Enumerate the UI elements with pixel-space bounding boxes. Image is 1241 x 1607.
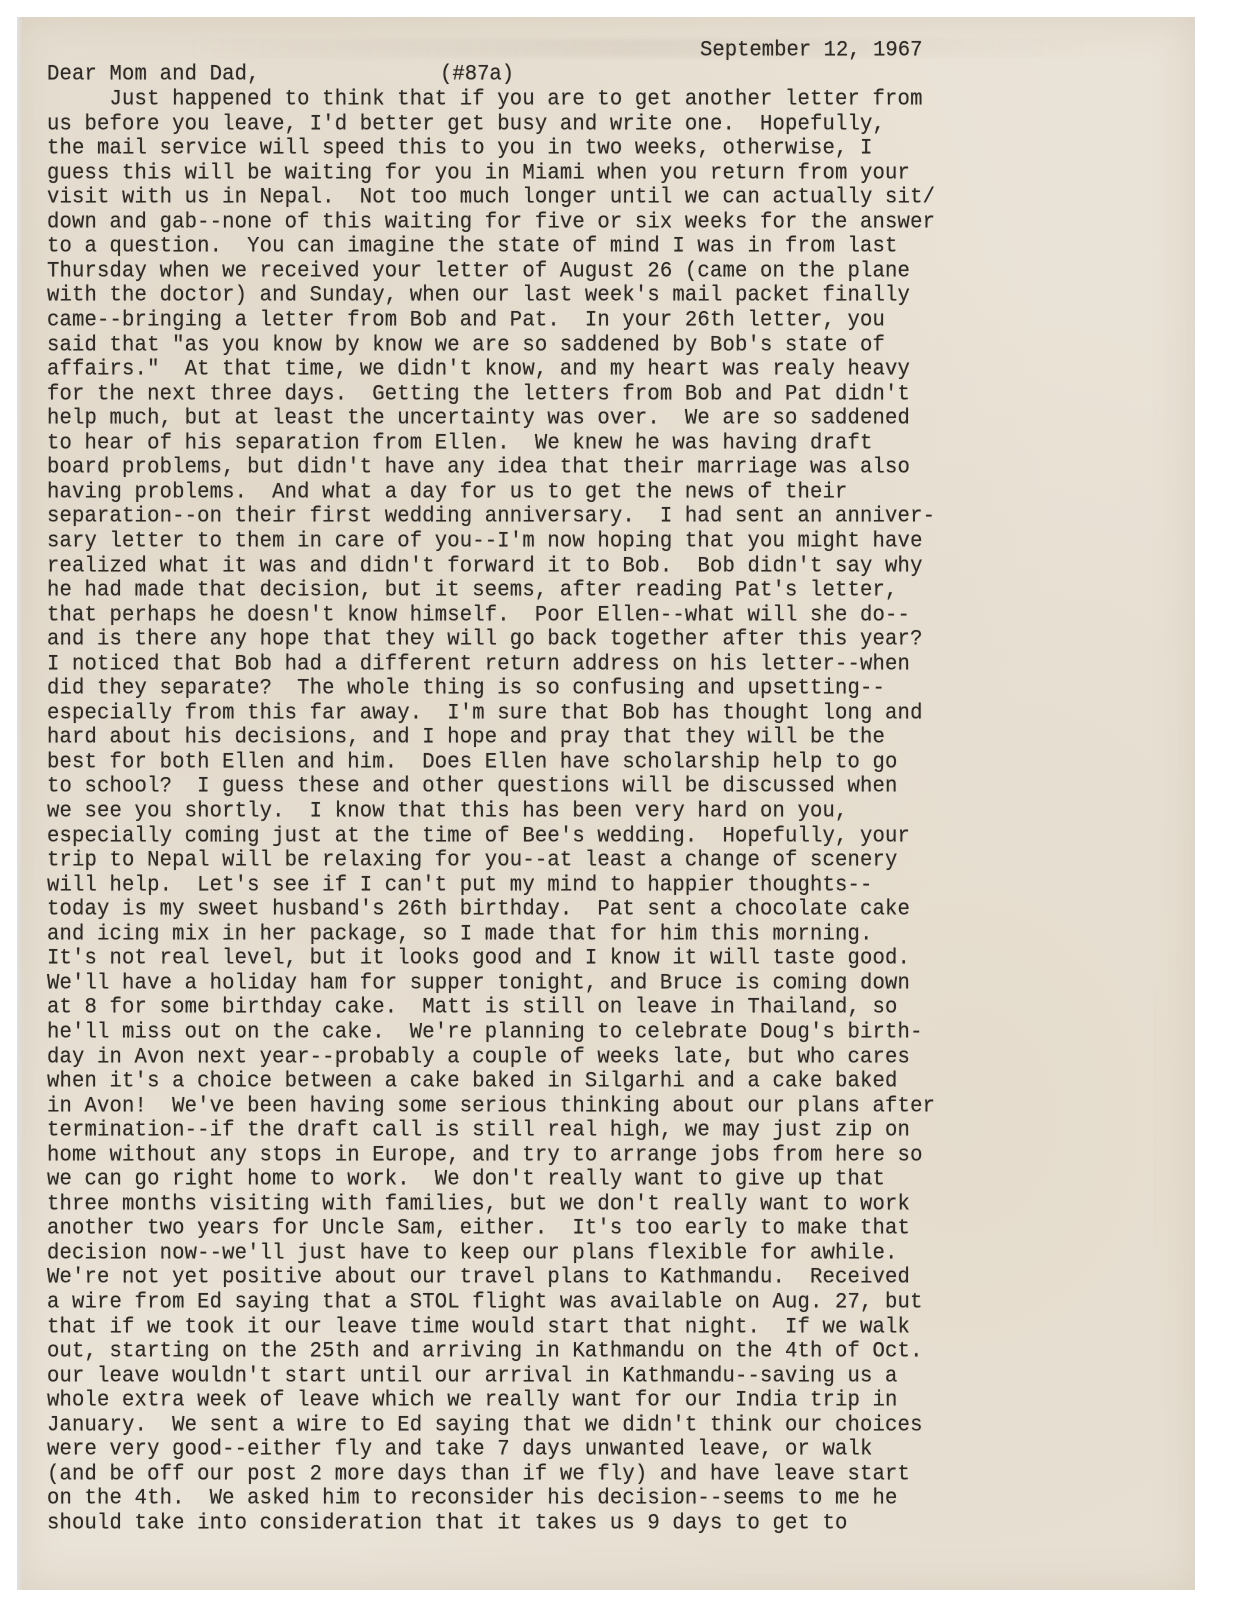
- letter-line: trip to Nepal will be relaxing for you--…: [47, 848, 898, 874]
- letter-line: for the next three days. Getting the let…: [47, 382, 910, 408]
- letter-line: came--bringing a letter from Bob and Pat…: [47, 308, 885, 334]
- letter-line: We're not yet positive about our travel …: [47, 1265, 910, 1291]
- bleed-through-text: [187, 39, 1087, 57]
- letter-line: We'll have a holiday ham for supper toni…: [47, 971, 910, 997]
- letter-line: should take into consideration that it t…: [47, 1511, 848, 1537]
- letter-line: and is there any hope that they will go …: [47, 627, 923, 653]
- letter-line: on the 4th. We asked him to reconsider h…: [47, 1486, 898, 1512]
- letter-line: to hear of his separation from Ellen. We…: [47, 431, 873, 457]
- letter-line: affairs." At that time, we didn't know, …: [47, 357, 910, 383]
- letter-line: another two years for Uncle Sam, either.…: [47, 1216, 910, 1242]
- letter-line: a wire from Ed saying that a STOL flight…: [47, 1290, 923, 1316]
- letter-line: us before you leave, I'd better get busy…: [47, 112, 885, 138]
- letter-line: we can go right home to work. We don't r…: [47, 1167, 885, 1193]
- letter-line: to school? I guess these and other quest…: [47, 774, 898, 800]
- letter-line: home without any stops in Europe, and tr…: [47, 1143, 923, 1169]
- letter-line: board problems, but didn't have any idea…: [47, 455, 910, 481]
- letter-date: September 12, 1967: [700, 38, 922, 64]
- letter-line: I noticed that Bob had a different retur…: [47, 652, 910, 678]
- letter-line: he'll miss out on the cake. We're planni…: [47, 1020, 923, 1046]
- salutation: Dear Mom and Dad,: [47, 62, 260, 88]
- letter-line: termination--if the draft call is still …: [47, 1118, 910, 1144]
- letter-line: realized what it was and didn't forward …: [47, 554, 923, 580]
- letter-line: said that "as you know by know we are so…: [47, 333, 885, 359]
- letter-line: in Avon! We've been having some serious …: [47, 1094, 935, 1120]
- letter-line: especially coming just at the time of Be…: [47, 824, 910, 850]
- letter-line: the mail service will speed this to you …: [47, 136, 873, 162]
- letter-line: (and be off our post 2 more days than if…: [47, 1462, 910, 1488]
- letter-line: at 8 for some birthday cake. Matt is sti…: [47, 995, 898, 1021]
- letter-line: three months visiting with families, but…: [47, 1192, 910, 1218]
- letter-line: sary letter to them in care of you--I'm …: [47, 529, 923, 555]
- letter-line: when it's a choice between a cake baked …: [47, 1069, 898, 1095]
- letter-line: guess this will be waiting for you in Mi…: [47, 161, 910, 187]
- letter-line: whole extra week of leave which we reall…: [47, 1388, 898, 1414]
- letter-line: It's not real level, but it looks good a…: [47, 946, 910, 972]
- letter-line: that perhaps he doesn't know himself. Po…: [47, 603, 910, 629]
- letter-line: he had made that decision, but it seems,…: [47, 578, 898, 604]
- letter-line: day in Avon next year--probably a couple…: [47, 1045, 910, 1071]
- letter-line: help much, but at least the uncertainty …: [47, 406, 910, 432]
- letter-line: that if we took it our leave time would …: [47, 1315, 910, 1341]
- letter-line: out, starting on the 25th and arriving i…: [47, 1339, 923, 1365]
- letter-line: Thursday when we received your letter of…: [47, 259, 910, 285]
- letter-line: to a question. You can imagine the state…: [47, 234, 898, 260]
- letter-line: did they separate? The whole thing is so…: [47, 676, 885, 702]
- letter-line: Just happened to think that if you are t…: [47, 87, 923, 113]
- letter-line: down and gab--none of this waiting for f…: [47, 210, 935, 236]
- letter-number: (#87a): [440, 62, 514, 88]
- letter-line: especially from this far away. I'm sure …: [47, 701, 923, 727]
- letter-line: hard about his decisions, and I hope and…: [47, 725, 885, 751]
- letter-line: best for both Ellen and him. Does Ellen …: [47, 750, 898, 776]
- letter-line: visit with us in Nepal. Not too much lon…: [47, 185, 935, 211]
- letter-line: will help. Let's see if I can't put my m…: [47, 873, 873, 899]
- letter-line: we see you shortly. I know that this has…: [47, 799, 848, 825]
- letter-line: January. We sent a wire to Ed saying tha…: [47, 1413, 923, 1439]
- letter-line: our leave wouldn't start until our arriv…: [47, 1364, 898, 1390]
- letter-line: separation--on their first wedding anniv…: [47, 504, 935, 530]
- letter-line: today is my sweet husband's 26th birthda…: [47, 897, 910, 923]
- letter-line: with the doctor) and Sunday, when our la…: [47, 283, 910, 309]
- letter-line: and icing mix in her package, so I made …: [47, 922, 873, 948]
- letter-line: were very good--either fly and take 7 da…: [47, 1437, 873, 1463]
- letter-line: having problems. And what a day for us t…: [47, 480, 848, 506]
- letter-line: decision now--we'll just have to keep ou…: [47, 1241, 898, 1267]
